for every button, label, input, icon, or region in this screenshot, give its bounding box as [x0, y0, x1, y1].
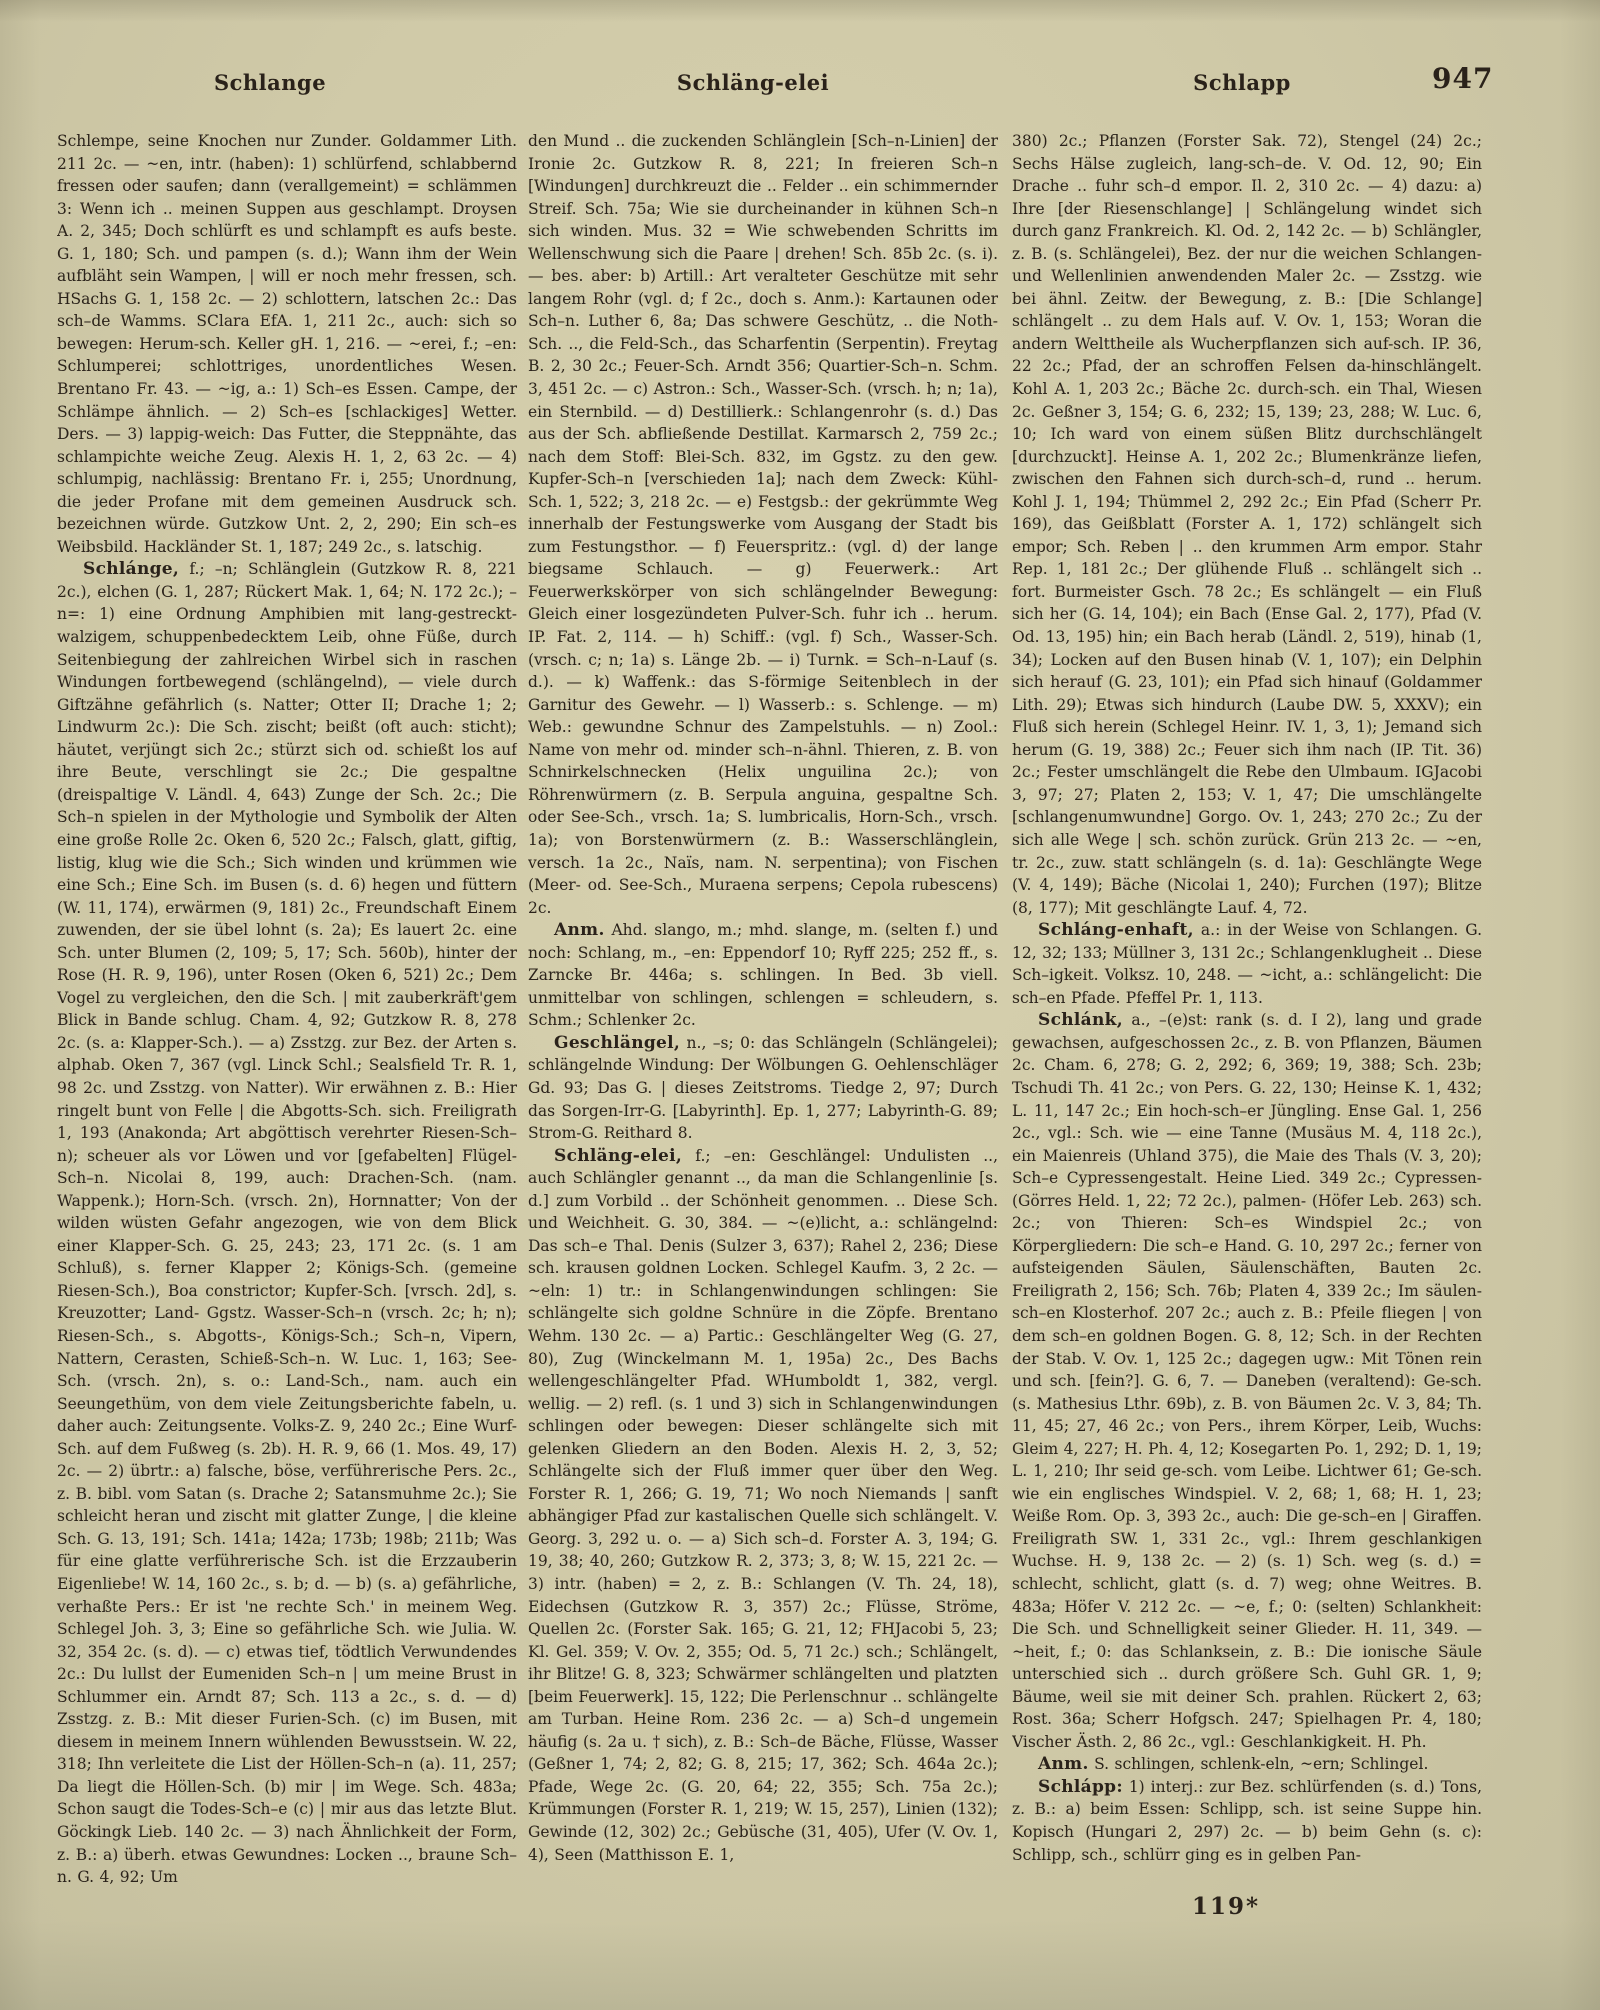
running-head-center: Schläng-elei — [677, 70, 829, 95]
column-3: 380) 2c.; Pflanzen (Forster Sak. 72), St… — [1012, 130, 1482, 1896]
headword: Anm. — [554, 920, 605, 940]
dictionary-entry: Schläng-elei, f.; –en: Geschlängel: Undu… — [528, 1145, 998, 1867]
scanned-dictionary-page: { "header": { "left": "Schlange", "cente… — [0, 0, 1600, 2010]
headword: Anm. — [1038, 1754, 1089, 1774]
running-head-right: Schlapp — [1193, 70, 1291, 95]
headword: Schlánge, — [83, 559, 179, 579]
headword: Schlánk, — [1038, 1010, 1123, 1030]
dictionary-entry: Schlápp: 1) interj.: zur Bez. schlürfend… — [1012, 1776, 1482, 1866]
column-1: Schlempe, seine Knochen nur Zunder. Gold… — [57, 130, 517, 1896]
page-number: 947 — [1432, 62, 1493, 95]
entry-continuation: Schlempe, seine Knochen nur Zunder. Gold… — [57, 130, 517, 558]
dictionary-entry: Anm. S. schlingen, schlenk-eln, ~ern; Sc… — [1012, 1753, 1482, 1776]
headword: Geschlängel, — [554, 1033, 680, 1053]
headword: Schläng-elei, — [554, 1146, 682, 1166]
running-head-left: Schlange — [214, 70, 326, 95]
headword: Schlápp: — [1038, 1777, 1123, 1797]
dictionary-entry: Schlánk, a., –(e)st: rank (s. d. I 2), l… — [1012, 1009, 1482, 1753]
signature-mark: 119* — [1192, 1893, 1260, 1920]
column-2: den Mund .. die zuckenden Schlänglein [S… — [528, 130, 998, 1896]
entry-continuation: den Mund .. die zuckenden Schlänglein [S… — [528, 130, 998, 919]
entry-continuation: 380) 2c.; Pflanzen (Forster Sak. 72), St… — [1012, 130, 1482, 919]
dictionary-entry: Schlánge, f.; –n; Schlänglein (Gutzkow R… — [57, 558, 517, 1888]
headword: Schláng-enhaft, — [1038, 920, 1194, 940]
dictionary-entry: Anm. Ahd. slango, m.; mhd. slange, m. (s… — [528, 919, 998, 1032]
dictionary-entry: Geschlängel, n., –s; 0: das Schlängeln (… — [528, 1032, 998, 1145]
dictionary-entry: Schláng-enhaft, a.: in der Weise von Sch… — [1012, 919, 1482, 1009]
